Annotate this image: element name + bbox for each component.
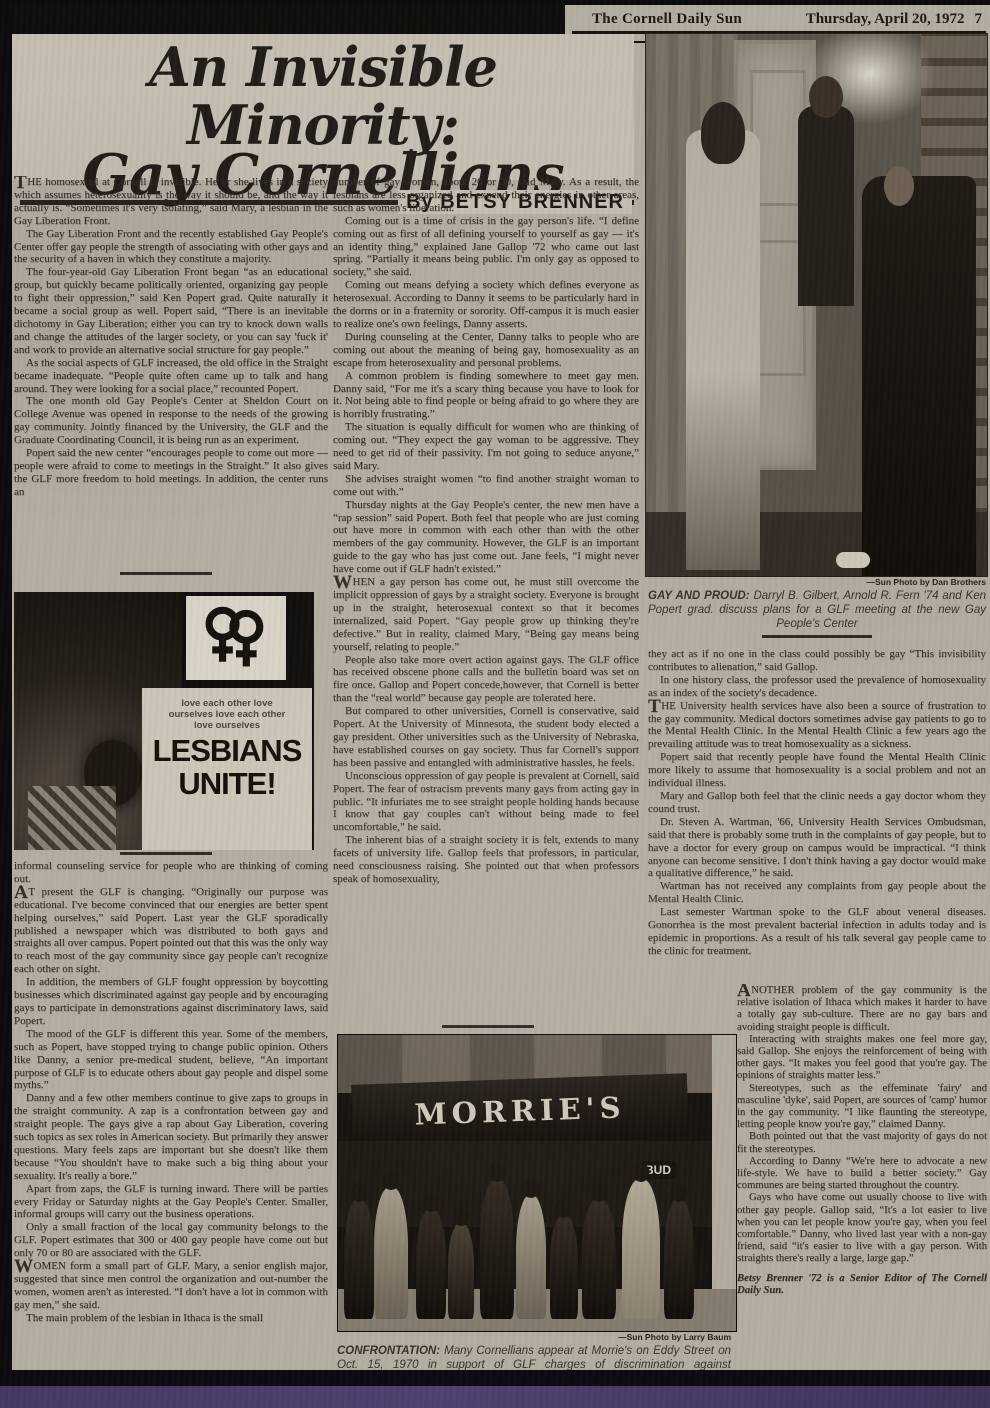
poster-big-line1: LESBIANS: [142, 737, 312, 764]
article-paragraph: Danny and a few other members continue t…: [14, 1092, 328, 1182]
paper-title: The Cornell Daily Sun: [568, 11, 742, 27]
article-paragraph: Stereotypes, such as the effeminate 'fai…: [737, 1082, 987, 1131]
drop-cap: T: [648, 696, 661, 717]
poster-card: love each other love ourselves love each…: [142, 688, 312, 850]
page-number: 7: [975, 11, 983, 27]
article-paragraph: The inherent bias of a straight society …: [333, 834, 639, 886]
scan-edge-bottom: [0, 1370, 990, 1386]
section-divider: [120, 572, 212, 575]
article-paragraph: Unconscious oppression of gay people is …: [333, 770, 639, 835]
caption-rule: [762, 635, 872, 638]
crowd-person: [344, 1199, 374, 1319]
article-paragraph: ANOTHER problem of the gay community is …: [737, 984, 987, 1033]
article-paragraph: WHEN a gay person has come out, he must …: [333, 576, 639, 653]
female-symbols-box: [186, 596, 286, 680]
newspaper-page: The Cornell Daily Sun Thursday, April 20…: [0, 0, 990, 1408]
checked-shirt: [28, 786, 116, 850]
article-paragraph: Mary and Gallop both feel that the clini…: [648, 790, 986, 816]
drop-cap: W: [14, 1256, 34, 1277]
crowd-person: [622, 1179, 660, 1319]
photo-pillar: [712, 1035, 736, 1331]
article-paragraph: number of gay women, about 20 or 30, sai…: [333, 176, 639, 215]
masthead: The Cornell Daily Sun Thursday, April 20…: [568, 6, 986, 32]
crowd-person: [664, 1199, 694, 1319]
caption-text: GAY AND PROUD: Darryl B. Gilbert, Arnold…: [648, 589, 986, 631]
drop-cap: T: [14, 176, 27, 193]
article-paragraph: Only a small fraction of the local gay c…: [14, 1221, 328, 1260]
headline-line1: An Invisible Minority:: [12, 38, 634, 154]
section-divider: [120, 852, 212, 855]
crowd-person: [448, 1223, 474, 1319]
crowd-person: [550, 1215, 578, 1319]
caption-lead: GAY AND PROUD:: [648, 590, 750, 602]
article-paragraph: She advises straight women “to find anot…: [333, 473, 639, 499]
article-paragraph: The mood of the GLF is different this ye…: [14, 1028, 328, 1093]
article-paragraph: During counseling at the Center, Danny t…: [333, 331, 639, 370]
drop-cap: W: [333, 572, 353, 593]
article-paragraph: WOMEN form a small part of GLF. Mary, a …: [14, 1260, 328, 1312]
crowd-person: [374, 1187, 408, 1319]
article-paragraph: The Gay Liberation Front and the recentl…: [14, 228, 328, 267]
female-female-symbol: [190, 600, 282, 676]
photo-person-right: [862, 176, 976, 576]
article-paragraph: Last semester Wartman spoke to the GLF a…: [648, 906, 986, 958]
drop-cap: A: [737, 984, 751, 1001]
photo-credit: —Sun Photo by Dan Brothers: [648, 577, 986, 587]
morries-awning: MORRIE'S: [351, 1073, 689, 1149]
masthead-date-group: Thursday, April 20, 1972 7: [806, 11, 986, 27]
article-paragraph: Gays who have come out usually choose to…: [737, 1191, 987, 1264]
drop-cap: A: [14, 882, 28, 903]
crowd-person: [516, 1195, 546, 1319]
column-right-bottom: ANOTHER problem of the gay community is …: [737, 984, 987, 1370]
article-paragraph: Dr. Steven A. Wartman, '66, University H…: [648, 816, 986, 881]
poster-small-text: love each other love ourselves love each…: [165, 698, 289, 731]
scan-edge-top: [0, 0, 990, 5]
article-paragraph: THE University health services have also…: [648, 700, 986, 752]
article-paragraph: Wartman has not received any complaints …: [648, 880, 986, 906]
article-paragraph: Interacting with straights makes one fee…: [737, 1033, 987, 1082]
article-paragraph: The one month old Gay People's Center at…: [14, 395, 328, 447]
article-paragraph: Thursday nights at the Gay People's cent…: [333, 499, 639, 576]
scan-dark-corner: [0, 0, 565, 34]
article-paragraph: A common problem is finding somewhere to…: [333, 370, 639, 422]
morries-sign: MORRIE'S: [414, 1092, 626, 1129]
article-paragraph: Betsy Brenner '72 is a Senior Editor of …: [737, 1272, 987, 1296]
photo-person-center: [798, 106, 854, 306]
article-paragraph: Popert said that recently people have fo…: [648, 751, 986, 790]
article-paragraph: People also take more overt action again…: [333, 654, 639, 706]
article-paragraph: informal counseling service for people w…: [14, 860, 328, 886]
photo-morries-confrontation: MORRIE'S BUD: [337, 1034, 737, 1332]
article-paragraph: As the social aspects of GLF increased, …: [14, 357, 328, 396]
headline-block: An Invisible Minority: Gay Cornellians B…: [12, 34, 634, 180]
article-paragraph: AT present the GLF is changing. “Origina…: [14, 886, 328, 976]
poster-big-line2: UNITE!: [142, 770, 312, 797]
section-divider: [442, 1025, 534, 1028]
article-paragraph: The situation is equally difficult for w…: [333, 421, 639, 473]
article-paragraph: Coming out means defying a society which…: [333, 279, 639, 331]
article-paragraph: But compared to other universities, Corn…: [333, 705, 639, 770]
crowd-person: [582, 1199, 616, 1319]
issue-date: Thursday, April 20, 1972: [806, 11, 965, 27]
article-paragraph: According to Danny “We're here to advoca…: [737, 1155, 987, 1192]
column-right-top: they act as if no one in the class could…: [648, 648, 986, 982]
article-paragraph: In one history class, the professor used…: [648, 674, 986, 700]
photo-credit: —Sun Photo by Larry Baum: [337, 1332, 731, 1342]
photo-lesbians-unite-poster: love each other love ourselves love each…: [14, 592, 314, 850]
article-paragraph: they act as if no one in the class could…: [648, 648, 986, 674]
column-middle: number of gay women, about 20 or 30, sai…: [333, 176, 639, 1022]
column-left-bottom: informal counseling service for people w…: [14, 860, 328, 1370]
article-paragraph: Both pointed out that the vast majority …: [737, 1130, 987, 1154]
caption-lead: CONFRONTATION:: [337, 1345, 440, 1357]
article-paragraph: Popert said the new center “encourages p…: [14, 447, 328, 499]
scan-bottom-bar: [0, 1386, 990, 1408]
column-left-top: THE homosexual at Cornell is invisible. …: [14, 176, 328, 580]
article-paragraph: Apart from zaps, the GLF is turning inwa…: [14, 1183, 328, 1222]
photo-glf-meeting: [645, 33, 988, 577]
photo-person-left: [686, 130, 760, 570]
caption-glf-meeting: —Sun Photo by Dan Brothers GAY AND PROUD…: [648, 577, 986, 638]
article-paragraph: The main problem of the lesbian in Ithac…: [14, 1312, 328, 1325]
crowd-person: [480, 1179, 514, 1319]
crowd-person: [416, 1209, 446, 1319]
article-paragraph: Coming out is a time of crisis in the ga…: [333, 215, 639, 280]
article-paragraph: THE homosexual at Cornell is invisible. …: [14, 176, 328, 228]
scan-edge-left: [0, 0, 12, 1408]
article-paragraph: In addition, the members of GLF fought o…: [14, 976, 328, 1028]
article-paragraph: The four-year-old Gay Liberation Front b…: [14, 266, 328, 356]
